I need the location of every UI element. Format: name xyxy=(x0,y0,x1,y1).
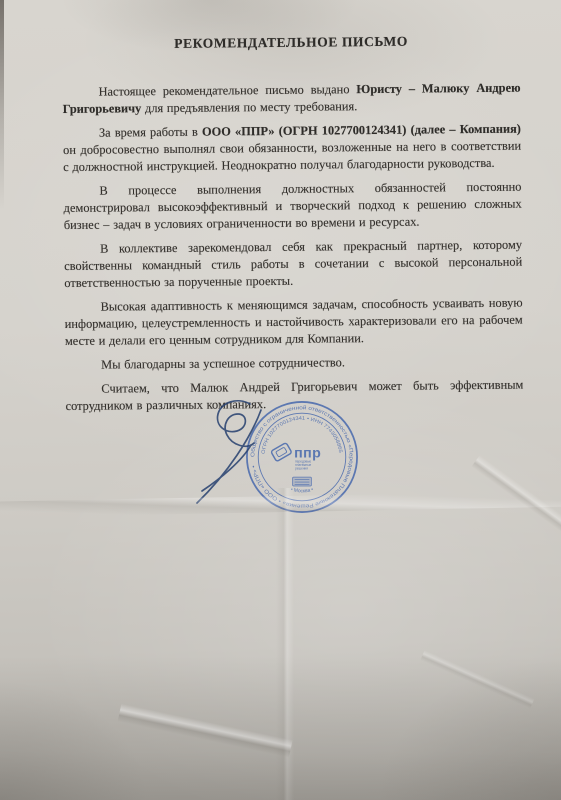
paragraph-segment: Настоящее рекомендательное письмо выдано xyxy=(98,82,356,98)
photo-edge-shadow xyxy=(0,0,4,210)
paper-crease xyxy=(419,644,537,711)
letter: РЕКОМЕНДАТЕЛЬНОЕ ПИСЬМО Настоящее рекоме… xyxy=(62,33,524,422)
svg-text:• Москва •: • Москва • xyxy=(290,487,314,495)
paragraph-bold-segment: ООО «ППР» (ОГРН 1027700124341) (далее – … xyxy=(202,122,521,139)
paragraph-segment: Высокая адаптивность к меняющимся задача… xyxy=(65,296,523,348)
paper-fold xyxy=(276,488,294,800)
paragraph: За время работы в ООО «ППР» (ОГРН 102770… xyxy=(63,121,521,176)
paragraph: В коллективе зарекомендовал себя как пре… xyxy=(64,237,522,292)
handwritten-signature xyxy=(170,392,290,512)
paragraph-segment: для предъявления по месту требования. xyxy=(141,99,357,115)
paper-crease xyxy=(469,450,561,558)
paragraph-segment: За время работы в xyxy=(99,125,202,140)
paragraph: В процессе выполнения должностных обязан… xyxy=(63,179,521,234)
photographed-letter: РЕКОМЕНДАТЕЛЬНОЕ ПИСЬМО Настоящее рекоме… xyxy=(0,0,561,800)
paragraph: Настоящее рекомендательное письмо выдано… xyxy=(62,80,520,118)
paragraph-segment: В коллективе зарекомендовал себя как пре… xyxy=(64,238,522,290)
paragraph: Мы благодарны за успешное сотрудничество… xyxy=(65,353,523,374)
letter-title: РЕКОМЕНДАТЕЛЬНОЕ ПИСЬМО xyxy=(62,33,520,53)
letter-paragraphs: Настоящее рекомендательное письмо выдано… xyxy=(62,80,523,415)
paper-crease xyxy=(116,694,294,764)
seal-logo-caption-line3: решения xyxy=(295,467,308,471)
seal-hatched-box xyxy=(293,477,312,486)
paragraph-segment: В процессе выполнения должностных обязан… xyxy=(64,180,522,232)
seal-city-text: • Москва • xyxy=(290,487,314,495)
paragraph: Высокая адаптивность к меняющимся задача… xyxy=(65,295,523,350)
paragraph-segment: Мы благодарны за успешное сотрудничество… xyxy=(101,355,345,371)
paragraph-segment: он добросовестно выполнял свои обязаннос… xyxy=(63,139,521,174)
